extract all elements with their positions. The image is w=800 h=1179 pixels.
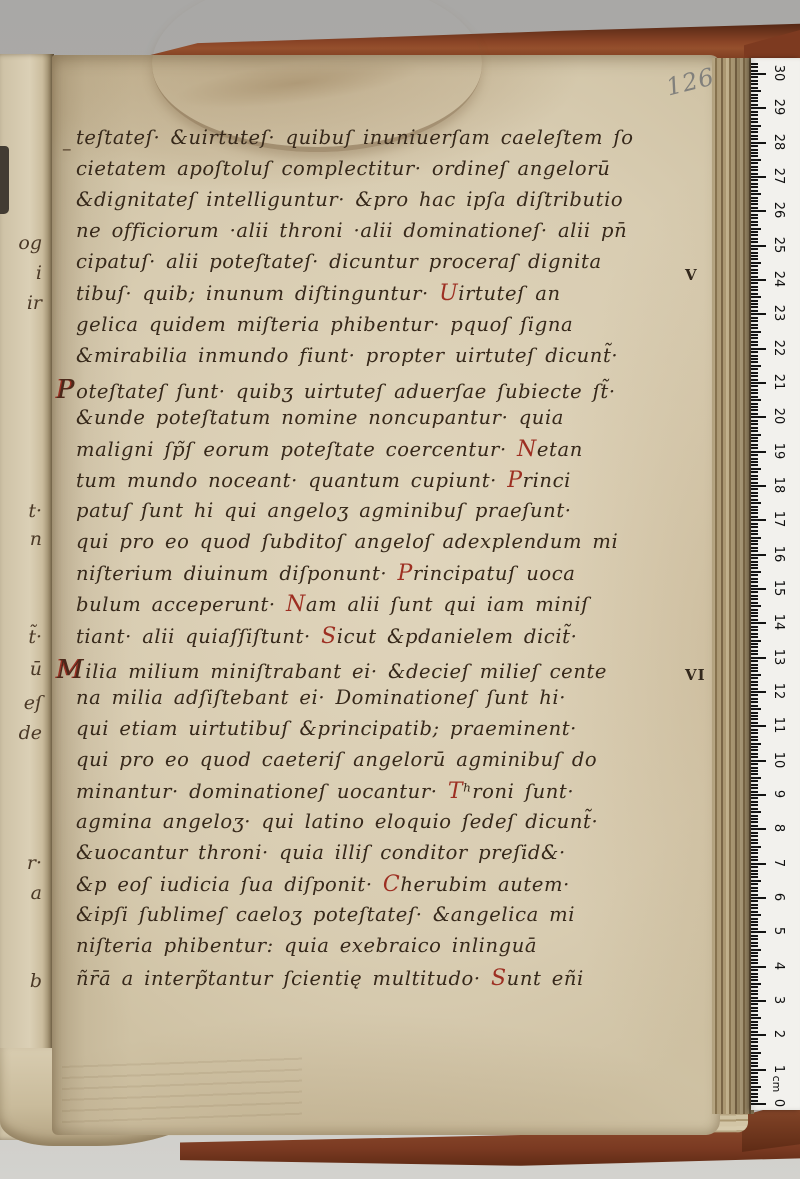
ruler-tick xyxy=(751,272,758,274)
ruler-tick xyxy=(751,255,758,257)
ruler-tick xyxy=(751,629,758,631)
manuscript-line: &p eoſ iudicia ſua diſponit· Cherubim au… xyxy=(76,872,682,903)
ruler-unit-label: cm xyxy=(769,1073,785,1095)
ruler-number: 30 xyxy=(770,62,788,84)
ruler-tick xyxy=(751,773,758,775)
ruler-tick xyxy=(751,705,758,707)
cut-off-text-fragment: r· xyxy=(27,852,42,874)
ruler-tick xyxy=(751,447,758,449)
ruler-tick xyxy=(751,464,758,466)
ruler-tick xyxy=(751,571,761,573)
ruler-tick xyxy=(751,581,758,583)
quire-mark: VI xyxy=(685,666,706,684)
ruler-tick xyxy=(751,653,758,655)
line-text: ne officiorum ·alii throni ·alii dominat… xyxy=(76,219,627,242)
ruler-tick xyxy=(751,911,758,913)
ruler-tick xyxy=(751,887,758,889)
ruler-tick xyxy=(751,938,758,940)
ruler-tick xyxy=(751,200,758,202)
ruler-tick xyxy=(751,973,758,975)
ruler-number: 16 xyxy=(770,543,788,565)
ruler-tick xyxy=(751,276,758,278)
ruler-tick xyxy=(751,526,758,528)
ruler-tick xyxy=(751,1007,758,1009)
ruler-tick xyxy=(751,760,766,762)
ruler-tick xyxy=(751,777,761,779)
ruler-tick xyxy=(751,952,758,954)
ruler-tick xyxy=(751,228,761,230)
manuscript-line: Milia milium miniſtrabant ei· &decieſ mi… xyxy=(76,655,682,686)
ruler-tick xyxy=(751,423,758,425)
ruler-tick xyxy=(751,406,758,408)
ruler-tick xyxy=(751,107,766,109)
ruler-tick xyxy=(751,698,758,700)
ruler-tick xyxy=(751,70,758,72)
ruler-number: 24 xyxy=(770,268,788,290)
ruler-tick xyxy=(751,543,758,545)
ruler-tick xyxy=(751,708,761,710)
ruler-tick xyxy=(751,811,761,813)
ruler-tick xyxy=(751,344,758,346)
ruler-tick xyxy=(751,990,758,992)
ruler-tick xyxy=(751,979,758,981)
line-text: agmina angeloʒ· qui latino eloquio ſedeſ… xyxy=(76,810,598,833)
ruler-number: 29 xyxy=(770,96,788,118)
ruler-tick xyxy=(751,894,758,896)
ruler-tick xyxy=(751,248,758,250)
ruler-tick xyxy=(751,83,758,85)
ruler-tick xyxy=(751,1062,758,1064)
ruler-tick xyxy=(751,203,758,205)
line-text: niſteria phibentur: quia exebraico inlin… xyxy=(76,934,537,957)
ruler-tick xyxy=(751,1069,766,1071)
ruler-tick xyxy=(751,873,758,875)
ruler-tick xyxy=(751,718,758,720)
ruler-number: 21 xyxy=(770,371,788,393)
line-text: na milia adſiſtebant ei· Dominationeſ ſu… xyxy=(76,686,566,709)
ruler-tick xyxy=(751,76,758,78)
cut-off-text-fragment: eſ xyxy=(24,692,42,714)
manuscript-line: tibuſ· quib; inunum diſtinguntur· Uirtut… xyxy=(76,281,682,312)
ruler-tick xyxy=(751,502,761,504)
ruler-tick xyxy=(751,186,758,188)
ruler-tick xyxy=(751,197,758,199)
ruler-tick xyxy=(751,1041,758,1043)
ruler-tick xyxy=(751,389,758,391)
ruler-tick xyxy=(751,296,761,298)
ruler-tick xyxy=(751,1014,758,1016)
ruler-tick xyxy=(751,1003,758,1005)
ruler-tick xyxy=(751,331,761,333)
ruler-number: 6 xyxy=(770,886,788,908)
ruler-tick xyxy=(751,715,758,717)
ruler-tick xyxy=(751,66,758,68)
ruler-tick xyxy=(751,138,758,140)
ruler-tick xyxy=(751,832,758,834)
ruler-tick xyxy=(751,358,758,360)
red-touched-initial: P xyxy=(57,375,76,405)
ruler-tick xyxy=(751,461,758,463)
ruler-tick xyxy=(751,732,758,734)
manuscript-line: qui etiam uirtutibuſ &principatib; praem… xyxy=(76,717,682,748)
line-text: gelica quidem miſteria phibentur· pquoſ … xyxy=(76,313,573,336)
ruler-tick xyxy=(751,468,761,470)
ruler-tick xyxy=(751,190,758,192)
manuscript-line: patuſ ſunt hi qui angeloʒ agminibuſ prae… xyxy=(76,499,682,530)
manuscript-line: gelica quidem miſteria phibentur· pquoſ … xyxy=(76,313,682,344)
ruler-tick xyxy=(751,808,758,810)
ruler-tick xyxy=(751,173,758,175)
ruler-tick xyxy=(751,619,758,621)
ruler-tick xyxy=(751,1082,758,1084)
page-fore-edge-stack xyxy=(712,58,754,1114)
ruler-tick xyxy=(751,643,758,645)
ruler-tick xyxy=(751,1024,758,1026)
ruler-number: 8 xyxy=(770,817,788,839)
line-text: ilia milium miniſtrabant ei· &decieſ mil… xyxy=(85,660,607,683)
ruler-tick xyxy=(751,310,758,312)
ruler-tick xyxy=(751,279,766,281)
ruler-number: 7 xyxy=(770,852,788,874)
ruler-tick xyxy=(751,1093,758,1095)
ruler-tick xyxy=(751,111,758,113)
cut-off-text-fragment: t̃· xyxy=(28,626,42,648)
ruler-tick xyxy=(751,976,758,978)
ruler-tick xyxy=(751,818,758,820)
line-text: icut &pdanielem dicit̃· xyxy=(337,625,578,648)
ruler-tick xyxy=(751,94,758,96)
ruler-tick xyxy=(751,949,761,951)
ruler-number: 27 xyxy=(770,165,788,187)
ruler-tick xyxy=(751,591,758,593)
ruler-tick xyxy=(751,217,758,219)
cut-off-text-fragment: a xyxy=(31,882,42,904)
line-text: qui pro eo quod caeteriſ angelorū agmini… xyxy=(76,748,597,771)
ruler-tick xyxy=(751,210,766,212)
ruler-tick xyxy=(751,392,758,394)
ruler-tick xyxy=(751,437,758,439)
parchment-fold-lines xyxy=(62,1057,302,1123)
ruler-tick xyxy=(751,104,758,106)
ruler-tick xyxy=(751,924,758,926)
ruler-tick xyxy=(751,430,758,432)
ruler-tick xyxy=(751,959,758,961)
ruler-tick xyxy=(751,540,758,542)
line-text: irtuteſ an xyxy=(458,282,560,305)
ruler-tick xyxy=(751,756,758,758)
ruler-tick xyxy=(751,409,758,411)
ruler-tick xyxy=(751,166,758,168)
ruler-tick xyxy=(751,125,761,127)
ruler-tick xyxy=(751,155,758,157)
ruler-tick xyxy=(751,385,758,387)
line-text: cietatem apoſtoluſ complectitur· ordineſ… xyxy=(76,157,610,180)
ruler-tick xyxy=(751,935,758,937)
ruler-tick xyxy=(751,238,758,240)
cut-off-text-fragment: n xyxy=(30,528,42,550)
ruler-tick xyxy=(751,883,758,885)
ruler-tick xyxy=(751,372,758,374)
ruler-tick xyxy=(751,722,758,724)
ruler-tick xyxy=(751,118,758,120)
ruler-tick xyxy=(751,955,758,957)
line-text: &mirabilia inmundo fiunt· propter uirtut… xyxy=(76,344,618,367)
rubricated-initial: S xyxy=(491,966,507,991)
ruler-tick xyxy=(751,492,758,494)
ruler-tick xyxy=(751,306,758,308)
ruler-tick xyxy=(751,145,758,147)
ruler-tick xyxy=(751,547,758,549)
ruler-tick xyxy=(751,907,758,909)
ruler-tick xyxy=(751,320,758,322)
line-text: rincipatuſ uoca xyxy=(413,562,576,585)
ruler-tick xyxy=(751,485,766,487)
ruler-tick xyxy=(751,214,758,216)
ruler-tick xyxy=(751,890,758,892)
ruler-tick xyxy=(751,313,766,315)
rubricated-initial: S xyxy=(321,624,337,649)
ruler-tick xyxy=(751,221,758,223)
ruler-tick xyxy=(751,351,758,353)
ruler-number: 5 xyxy=(770,920,788,942)
ruler-tick xyxy=(751,1089,758,1091)
rubricated-initial: P xyxy=(507,468,522,493)
ruler-tick xyxy=(751,615,758,617)
manuscript-line: maligni ſp̃ſ eorum poteſtate coercentur·… xyxy=(76,437,682,468)
ruler-tick xyxy=(751,870,758,872)
ruler-tick xyxy=(751,557,758,559)
ruler-number: 9 xyxy=(770,783,788,805)
rubricated-initial: P xyxy=(398,561,413,586)
ruler-number: 2 xyxy=(770,1023,788,1045)
ruler-tick xyxy=(751,176,766,178)
ruler-tick xyxy=(751,90,761,92)
ruler-number: 23 xyxy=(770,302,788,324)
manuscript-line: qui pro eo quod caeteriſ angelorū agmini… xyxy=(76,748,682,779)
ruler-tick xyxy=(751,966,766,968)
ruler-tick xyxy=(751,482,758,484)
ruler-tick xyxy=(751,451,766,453)
ruler-tick xyxy=(751,595,758,597)
ruler-tick xyxy=(751,986,758,988)
ruler-tick xyxy=(751,1103,766,1105)
ruler-tick xyxy=(751,327,758,329)
ruler-tick xyxy=(751,1058,758,1060)
line-text: tibuſ· quib; inunum diſtinguntur· xyxy=(76,282,439,305)
ruler-tick xyxy=(751,904,758,906)
ruler-tick xyxy=(751,657,766,659)
ruler-tick xyxy=(751,523,758,525)
ruler-tick xyxy=(751,262,761,264)
ruler-tick xyxy=(751,880,761,882)
rubricated-initial: N xyxy=(517,437,537,462)
ruler-tick xyxy=(751,458,758,460)
ruler-tick xyxy=(751,252,758,254)
ruler-tick xyxy=(751,636,758,638)
ruler-tick xyxy=(751,149,758,151)
line-text: minantur· dominationeſ uocantur· xyxy=(76,780,448,803)
red-touched-initial: M xyxy=(57,655,85,685)
ruler-tick xyxy=(751,633,758,635)
manuscript-line: minantur· dominationeſ uocantur· Tʰroni … xyxy=(76,779,682,810)
manuscript-line: teſtateſ· &uirtuteſ· quibuſ inuniuerſam … xyxy=(76,126,682,157)
line-text: cipatuſ· alii poteſtateſ· dicuntur proce… xyxy=(76,250,602,273)
ruler-number: 12 xyxy=(770,680,788,702)
ruler-tick xyxy=(751,839,758,841)
ruler-tick xyxy=(751,509,758,511)
ruler-tick xyxy=(751,121,758,123)
ruler-tick xyxy=(751,691,766,693)
manuscript-line: na milia adſiſtebant ei· Dominationeſ ſu… xyxy=(76,686,682,717)
ruler-tick xyxy=(751,97,758,99)
ruler-tick xyxy=(751,921,758,923)
previous-page-edge: ogiirt·nt̃·ūeſder·ab xyxy=(0,54,54,1140)
ruler-tick xyxy=(751,797,758,799)
ruler-tick xyxy=(751,495,758,497)
binding-gap xyxy=(0,146,9,214)
ruler-tick xyxy=(751,550,758,552)
ruler-tick xyxy=(751,646,758,648)
ruler-tick xyxy=(751,825,758,827)
ruler-number: 10 xyxy=(770,749,788,771)
manuscript-line: cietatem apoſtoluſ complectitur· ordineſ… xyxy=(76,157,682,188)
ruler-tick xyxy=(751,664,758,666)
ruler-tick xyxy=(751,801,758,803)
ruler-tick xyxy=(751,749,758,751)
ruler-tick xyxy=(751,537,761,539)
ruler-tick xyxy=(751,900,758,902)
ruler-tick xyxy=(751,849,758,851)
ruler-tick xyxy=(751,1072,758,1074)
line-text: maligni ſp̃ſ eorum poteſtate coercentur· xyxy=(76,438,517,461)
ruler-tick xyxy=(751,471,758,473)
ruler-tick xyxy=(751,739,758,741)
ruler-tick xyxy=(751,688,758,690)
ruler-tick xyxy=(751,1048,758,1050)
cut-off-text-fragment: b xyxy=(30,970,42,992)
ruler-number: 20 xyxy=(770,405,788,427)
ruler-tick xyxy=(751,1065,758,1067)
ruler-tick xyxy=(751,852,758,854)
cut-off-text-fragment: ir xyxy=(27,292,42,314)
ruler-tick xyxy=(751,780,758,782)
ruler-tick xyxy=(751,725,766,727)
ruler-tick xyxy=(751,1038,758,1040)
ruler-tick xyxy=(751,293,758,295)
line-text: etan xyxy=(537,438,583,461)
measuring-ruler: 0123456789101112131415161718192021222324… xyxy=(751,58,800,1110)
ruler-tick xyxy=(751,365,761,367)
ruler-tick xyxy=(751,231,758,233)
ruler-tick xyxy=(751,454,758,456)
ruler-tick xyxy=(751,420,758,422)
ruler-tick xyxy=(751,114,758,116)
ruler-tick xyxy=(751,1076,758,1078)
ruler-tick xyxy=(751,859,758,861)
ruler-tick xyxy=(751,375,758,377)
ruler-tick xyxy=(751,863,766,865)
ruler-tick xyxy=(751,1079,758,1081)
ruler-tick xyxy=(751,396,758,398)
ruler-tick xyxy=(751,962,758,964)
ruler-tick xyxy=(751,804,758,806)
ruler-tick xyxy=(751,530,758,532)
ruler-tick xyxy=(751,234,758,236)
ruler-tick xyxy=(751,667,758,669)
line-text: qui etiam uirtutibuſ &principatib; praem… xyxy=(76,717,577,740)
rubricated-initial: T xyxy=(448,779,463,804)
ruler-tick xyxy=(751,416,766,418)
ruler-tick xyxy=(751,729,758,731)
ruler-tick xyxy=(751,670,758,672)
ruler-number: 25 xyxy=(770,234,788,256)
ruler-tick xyxy=(751,794,766,796)
line-text: &unde poteſtatum nomine noncupantur· qui… xyxy=(76,406,564,429)
ruler-tick xyxy=(751,300,758,302)
ruler-tick xyxy=(751,162,758,164)
ruler-tick xyxy=(751,746,758,748)
ruler-tick xyxy=(751,1100,758,1102)
ruler-tick xyxy=(751,245,766,247)
ruler-tick xyxy=(751,767,758,769)
manuscript-line: bulum acceperunt· Nam alii ſunt qui iam … xyxy=(76,592,682,623)
ruler-tick xyxy=(751,241,758,243)
manuscript-line: ñr̄ā a interp̃tantur ſcientię multitudo·… xyxy=(76,966,682,997)
ruler-tick xyxy=(751,578,758,580)
ruler-tick xyxy=(751,712,758,714)
ruler-tick xyxy=(751,866,758,868)
ruler-number: 3 xyxy=(770,989,788,1011)
ruler-tick xyxy=(751,842,758,844)
ruler-tick xyxy=(751,382,766,384)
ruler-tick xyxy=(751,736,758,738)
ruler-tick xyxy=(751,743,761,745)
ruler-tick xyxy=(751,897,766,899)
ruler-number: 0 xyxy=(770,1092,788,1114)
ruler-tick xyxy=(751,554,766,556)
ruler-tick xyxy=(751,87,758,89)
ruler-tick xyxy=(751,677,758,679)
line-text: ʰroni ſunt· xyxy=(463,780,574,803)
ruler-tick xyxy=(751,602,758,604)
ruler-tick xyxy=(751,605,761,607)
ruler-tick xyxy=(751,856,758,858)
ruler-tick xyxy=(751,142,766,144)
manuscript-line: &ipſi ſublimeſ caeloʒ poteſtateſ· &angel… xyxy=(76,903,682,934)
ruler-number: 14 xyxy=(770,611,788,633)
line-text: am alii ſunt qui iam miniſ xyxy=(306,593,589,616)
ruler-number: 28 xyxy=(770,131,788,153)
line-text: &uocantur throni· quia illiſ conditor pr… xyxy=(76,841,566,864)
ruler-tick xyxy=(751,499,758,501)
ruler-tick xyxy=(751,506,758,508)
ruler-tick xyxy=(751,324,758,326)
ruler-tick xyxy=(751,969,758,971)
ruler-tick xyxy=(751,612,758,614)
line-text: herubim autem· xyxy=(400,873,570,896)
ruler-tick xyxy=(751,828,766,830)
ruler-tick xyxy=(751,427,758,429)
ruler-tick xyxy=(751,1045,758,1047)
ruler-tick xyxy=(751,694,758,696)
ruler-tick xyxy=(751,928,758,930)
manuscript-line: tiant· alii quiaſſiſtunt· Sicut &pdaniel… xyxy=(76,624,682,655)
ruler-tick xyxy=(751,835,758,837)
ruler-tick xyxy=(751,488,758,490)
ruler-tick xyxy=(751,341,758,343)
ruler-tick xyxy=(751,348,766,350)
ruler-tick xyxy=(751,440,758,442)
